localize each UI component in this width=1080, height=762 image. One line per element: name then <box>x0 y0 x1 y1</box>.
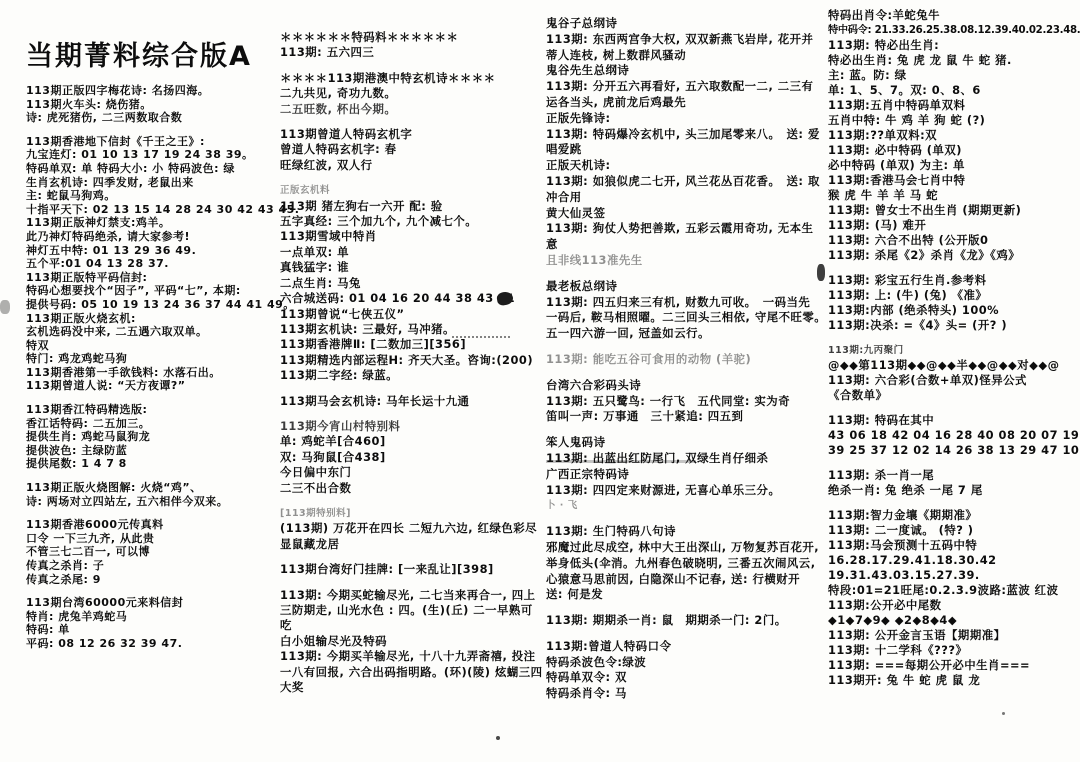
text-line: 113期今宵山村特别料 <box>280 419 544 434</box>
text-line: 113期 猪左狗右一六开 配: 验 <box>280 199 544 214</box>
text-line: 113期香港牌Ⅱ: [二数加三][356] <box>280 337 544 352</box>
text-line: 笨人鬼码诗 <box>546 435 822 451</box>
text-line: 113期: 东西两宫争大权, 双双新燕飞岩岸, 花开并蒂人连枝, 树上数群风骚动 <box>546 32 822 64</box>
text-line: 旺绿红波, 双人行 <box>280 158 544 173</box>
line-gap <box>280 173 544 183</box>
text-line: 113期香江特码精选版: <box>26 403 290 417</box>
text-line: 113期: 特码在其中 <box>828 413 1080 428</box>
text-line: 113期: 彩宝五行生肖.参考料 <box>828 273 1080 288</box>
text-line: 113期: 公开金言玉语【期期准】 <box>828 628 1080 643</box>
text-line: 113期香港第一手欲钱料: 水落石出。 <box>26 366 290 380</box>
text-line: [113期特别料] <box>280 506 544 521</box>
text-line: 113期: 四四定来财源进, 无喜心单乐三分。 <box>546 483 822 499</box>
text-line: 113期:智力金壤《期期准》 <box>828 508 1080 523</box>
text-line: 113期正版四字梅花诗: 名扬四海。 <box>26 84 290 98</box>
text-line: ＊＊＊＊＊＊特码料＊＊＊＊＊＊ <box>280 30 544 45</box>
text-line: 113期:香港马会七肖中特 <box>828 173 1080 188</box>
line-gap <box>828 498 1080 508</box>
text-line: 提供号码: 05 10 19 13 24 36 37 44 41 49。 <box>26 298 290 312</box>
line-gap <box>26 508 290 518</box>
text-line: 113期: 六合不出特 (公开版0 <box>828 233 1080 248</box>
line-gap <box>280 409 544 419</box>
text-line: 诗: 虎死猪伤, 二三两数取合数 <box>26 111 290 125</box>
line-gap <box>828 403 1080 413</box>
line-gap <box>280 552 544 562</box>
line-gap <box>26 586 290 596</box>
text-line: 且非线113准先生 <box>546 253 822 269</box>
text-line: 单: 1、5、7。双: 0、8、6 <box>828 83 1080 98</box>
text-line: 二点生肖: 马兔 <box>280 276 544 291</box>
line-gap <box>828 333 1080 343</box>
text-line: 113期: 特码爆冷玄机中, 头三加尾零来八。 送: 爱唱爱跳 <box>546 127 822 159</box>
text-line: 特码单双令: 双 <box>546 670 822 686</box>
column-4: 特码出肖令:羊蛇兔牛特中码令: 21.33.26.25.38.08.12.39.… <box>828 8 1080 688</box>
text-line: 神灯五中特: 01 13 29 36 49. <box>26 244 290 258</box>
text-line: 最老板总纲诗 <box>546 279 822 295</box>
text-line: 113期: 五只鹭鸟: 一行飞 五代同堂: 实为奇 <box>546 394 822 410</box>
line-gap <box>546 514 822 524</box>
text-line: 提供尾数: 1 4 7 8 <box>26 457 290 471</box>
text-line: 113期香港6000元传真料 <box>26 518 290 532</box>
text-line: 113期正版火烧图解: 火烧“鸡”、 <box>26 481 290 495</box>
text-line: 台湾六合彩码头诗 <box>546 378 822 394</box>
text-line: 16.28.17.29.41.18.30.42 <box>828 553 1080 568</box>
text-line: 113期:公开必中尾数 <box>828 598 1080 613</box>
text-line: 绝杀一肖: 兔 绝杀 一尾 7 尾 <box>828 483 1080 498</box>
text-line: 口令 一下三九齐, 从此贵 <box>26 532 290 546</box>
line-gap <box>280 496 544 506</box>
text-line: 113期: 特必出生肖: <box>828 38 1080 53</box>
text-line: 特码杀波色令:绿波 <box>546 655 822 671</box>
text-line: 113期火车头: 烧伤猪。 <box>26 98 290 112</box>
text-line: 39 25 37 12 02 14 26 38 13 29 47 10 22 4… <box>828 443 1080 458</box>
text-line: ＊＊＊＊113期港澳中特玄机诗＊＊＊＊ <box>280 71 544 86</box>
text-line: 特码出肖令:羊蛇兔牛 <box>828 8 1080 23</box>
page-title: 当期菁料综合版A <box>26 36 290 78</box>
text-line: 113期:曾道人特码口令 <box>546 639 822 655</box>
text-line: 113期正版火烧玄机: <box>26 312 290 326</box>
text-line: 113期正版特平码信封: <box>26 271 290 285</box>
text-line: 113期:马会预测十五码中特 <box>828 538 1080 553</box>
text-line: 113期: (马) 难开 <box>828 218 1080 233</box>
text-line: 113期:五肖中特码单双料 <box>828 98 1080 113</box>
line-gap <box>546 425 822 435</box>
text-line: 113期: 必中特码 (单双) <box>828 143 1080 158</box>
text-line: 113期正版神灯禁支:鸡羊。 <box>26 216 290 230</box>
text-line: 平码: 08 12 26 32 39 47. <box>26 637 290 651</box>
text-line: 113期:??单双料:双 <box>828 128 1080 143</box>
ink-smudge <box>452 336 510 338</box>
ink-smudge <box>546 460 696 463</box>
text-line: 一点单双: 单 <box>280 245 544 260</box>
text-line: 113期: 四五归来三有机, 财数九可收。 一码当先 一码后, 鞍马相照曜。二三… <box>546 295 822 342</box>
text-line: 113期曾道人说: “天方夜谭?” <box>26 379 290 393</box>
text-line: 113期雪域中特肖 <box>280 229 544 244</box>
text-line: 113期: 曾女士不出生肖 (期期更新) <box>828 203 1080 218</box>
text-line: 生肖玄机诗: 四季发财, 老鼠出来 <box>26 176 290 190</box>
text-line: 主: 蓝。防: 绿 <box>828 68 1080 83</box>
text-line: 113期台湾60000元来料信封 <box>26 596 290 610</box>
text-line: 今日偏中东门 <box>280 465 544 480</box>
text-line: 113期马会玄机诗: 马年长运十九通 <box>280 394 544 409</box>
text-line: 黄大仙灵签 <box>546 206 822 222</box>
ink-smudge <box>817 264 825 281</box>
text-line: 113期: 二一度诚。 (特? ) <box>828 523 1080 538</box>
text-line: 双: 马狗鼠[合438] <box>280 450 544 465</box>
line-gap <box>828 458 1080 468</box>
text-line: 113期: 能吃五谷可食用的动物 (羊驼) <box>546 352 822 368</box>
line-gap <box>546 269 822 279</box>
text-line: 113期: 五六四三 <box>280 45 544 60</box>
text-line: 卜 · 飞 <box>546 498 822 514</box>
text-line: 113期: 十二学科《???》 <box>828 643 1080 658</box>
text-line: 单: 鸡蛇羊[合460] <box>280 434 544 449</box>
text-line: 诗: 两场对立四站左, 五六相伴今双来。 <box>26 495 290 509</box>
text-line: 特码: 单 <box>26 623 290 637</box>
text-line: 正版玄机料 <box>280 183 544 198</box>
text-line: 113期: 分开五六再看好, 五六取数配一二, 二三有运各当头, 虎前龙后鸡最先 <box>546 79 822 111</box>
lottery-tips-sheet: 当期菁料综合版A113期正版四字梅花诗: 名扬四海。113期火车头: 烧伤猪。诗… <box>0 0 1080 762</box>
column-2: ＊＊＊＊＊＊特码料＊＊＊＊＊＊113期: 五六四三＊＊＊＊113期港澳中特玄机诗… <box>280 30 544 695</box>
text-line: 113期: 六合彩(合数+单双)怪异公式 <box>828 373 1080 388</box>
line-gap <box>280 117 544 127</box>
line-gap <box>280 578 544 588</box>
text-line: 113期曾说“七侠五仪” <box>280 307 544 322</box>
line-gap <box>280 384 544 394</box>
column-1: 当期菁料综合版A113期正版四字梅花诗: 名扬四海。113期火车头: 烧伤猪。诗… <box>26 36 290 651</box>
line-gap <box>280 61 544 71</box>
text-line: 主: 蛇鼠马狗鸡。 <box>26 189 290 203</box>
text-line: 真钱猛字: 谁 <box>280 260 544 275</box>
text-line: 113期: 杀尾《2》杀肖《龙》《鸡》 <box>828 248 1080 263</box>
text-line: 广西正宗特码诗 <box>546 467 822 483</box>
text-line: 正版天机诗: <box>546 158 822 174</box>
text-line: 特码单双: 单 特码大小: 小 特码波色: 绿 <box>26 162 290 176</box>
line-gap <box>546 603 822 613</box>
text-line: 猴 虎 牛 羊 羊 马 蛇 <box>828 188 1080 203</box>
text-line: 113期:九丙聚门 <box>828 343 1080 358</box>
text-line: (113期) 万花开在四长 二短九六边, 红绿色彩尽显鼠藏龙居 <box>280 521 544 552</box>
line-gap <box>26 393 290 403</box>
text-line: 白小姐输尽光及特码 <box>280 634 544 649</box>
text-line: 113期: 今期买羊输尽光, 十八十九弄斋禧, 投注一八有回报, 六合出码指明路… <box>280 649 544 695</box>
text-line: 五字真经: 三个加九个, 九个减七个。 <box>280 214 544 229</box>
text-line: 二三不出合数 <box>280 481 544 496</box>
text-line: 特肖: 虎兔羊鸡蛇马 <box>26 610 290 624</box>
line-gap <box>26 471 290 481</box>
text-line: 特双 <box>26 339 290 353</box>
text-line: 《合数单》 <box>828 388 1080 403</box>
text-line: 二五旺数, 杯出今期。 <box>280 102 544 117</box>
ink-smudge <box>1002 712 1005 715</box>
text-line: 113期: ===每期公开必中生肖=== <box>828 658 1080 673</box>
text-line: 不管三七二百一, 可以博 <box>26 545 290 559</box>
text-line: 特段:01=21旺尾:0.2.3.9波路:蓝波 红波 <box>828 583 1080 598</box>
text-line: 特中码令: 21.33.26.25.38.08.12.39.40.02.23.4… <box>828 23 1080 38</box>
text-line: 香江话特码: 二五加三。 <box>26 417 290 431</box>
text-line: 113期玄机诀: 三最好, 马冲猪。 <box>280 322 544 337</box>
ink-smudge <box>496 736 500 740</box>
text-line: 特门: 鸡龙鸡蛇马狗 <box>26 352 290 366</box>
text-line: 113期: 如狼似虎二七开, 风兰花丛百花香。 送: 取冲合用 <box>546 174 822 206</box>
text-line: 二九共见, 奇功九数。 <box>280 86 544 101</box>
text-line: 113期: 今期买蛇输尽光, 二七当来再合一, 四上三防期走, 山光水色 : 四… <box>280 588 544 634</box>
text-line: ◆1◆7◆9◆ ◆2◆8◆4◆ <box>828 613 1080 628</box>
text-line: 113期: 上: (牛) (兔) 《准》 <box>828 288 1080 303</box>
text-line: 113期: 出蓝出红防尾门, 双绿生肖仔细杀 <box>546 451 822 467</box>
text-line: 笛叫一声: 万事通 三十紧追: 四五到 <box>546 409 822 425</box>
line-gap <box>546 368 822 378</box>
text-line: 鬼谷先生总纲诗 <box>546 63 822 79</box>
text-line: 传真之杀尾: 9 <box>26 573 290 587</box>
text-line: 曾道人特码玄机字: 春 <box>280 142 544 157</box>
text-line: 提供波色: 主绿防蓝 <box>26 444 290 458</box>
text-line: 113期曾道人特码玄机字 <box>280 127 544 142</box>
text-line: 113期: 期期杀一肖: 鼠 期期杀一门: 2门。 <box>546 613 822 629</box>
text-line: 113期香港地下信封《千王之王》: <box>26 135 290 149</box>
text-line: 传真之杀肖: 子 <box>26 559 290 573</box>
text-line: 玄机选码没中来, 二五遇六取双单。 <box>26 325 290 339</box>
text-line: @◆◆第113期◆◆@◆◆半◆◆@◆◆对◆◆@ <box>828 358 1080 373</box>
text-line: 特码心想要找个“因子”, 平码“七”, 本期: <box>26 284 290 298</box>
line-gap <box>546 342 822 352</box>
text-line: 113期二字经: 绿蓝。 <box>280 368 544 383</box>
text-line: 113期开: 兔 牛 蛇 虎 鼠 龙 <box>828 673 1080 688</box>
line-gap <box>828 263 1080 273</box>
text-line: 19.31.43.03.15.27.39. <box>828 568 1080 583</box>
line-gap <box>26 125 290 135</box>
text-line: 五肖中特: 牛 鸡 羊 狗 蛇 (?) <box>828 113 1080 128</box>
line-gap <box>546 629 822 639</box>
text-line: 113期精选内部运程H: 齐天大圣。咨询:(200) <box>280 353 544 368</box>
text-line: 113期: 杀一肖一尾 <box>828 468 1080 483</box>
text-line: 十指平天下: 02 13 15 14 28 24 30 42 43 45. <box>26 203 290 217</box>
text-line: 113期: 生门特码八句诗 <box>546 524 822 540</box>
text-line: 九宝连灯: 01 10 13 17 19 24 38 39。 <box>26 148 290 162</box>
text-line: 必中特码 (单双) 为主: 单 <box>828 158 1080 173</box>
text-line: 43 06 18 42 04 16 28 40 08 20 07 19 03 1… <box>828 428 1080 443</box>
text-line: 提供生肖: 鸡蛇马鼠狗龙 <box>26 430 290 444</box>
text-line: 特码杀肖令: 马 <box>546 686 822 702</box>
column-3: 鬼谷子总纲诗113期: 东西两宫争大权, 双双新燕飞岩岸, 花开并蒂人连枝, 树… <box>546 16 822 702</box>
text-line: 此乃神灯特码绝杀, 请大家参考! <box>26 230 290 244</box>
ink-smudge <box>0 300 10 314</box>
text-line: 五个平:01 04 13 28 37. <box>26 257 290 271</box>
text-line: 邪魔过此尽成空, 林中大王出深山, 万物复苏百花开, 举身低头(伞消。九州春色破… <box>546 540 822 603</box>
text-line: 113期:决杀: =《4》头= (开? ) <box>828 318 1080 333</box>
text-line: 特必出生肖: 兔 虎 龙 鼠 牛 蛇 猪. <box>828 53 1080 68</box>
text-line: 113期台湾好门挂牌: [一来乱让][398] <box>280 562 544 577</box>
text-line: 113期: 狗仗人势把善欺, 五彩云霞用奇功, 无本生意 <box>546 221 822 253</box>
text-line: 鬼谷子总纲诗 <box>546 16 822 32</box>
text-line: 正版先锋诗: <box>546 111 822 127</box>
text-line: 113期:内部 (绝杀特头) 100% <box>828 303 1080 318</box>
